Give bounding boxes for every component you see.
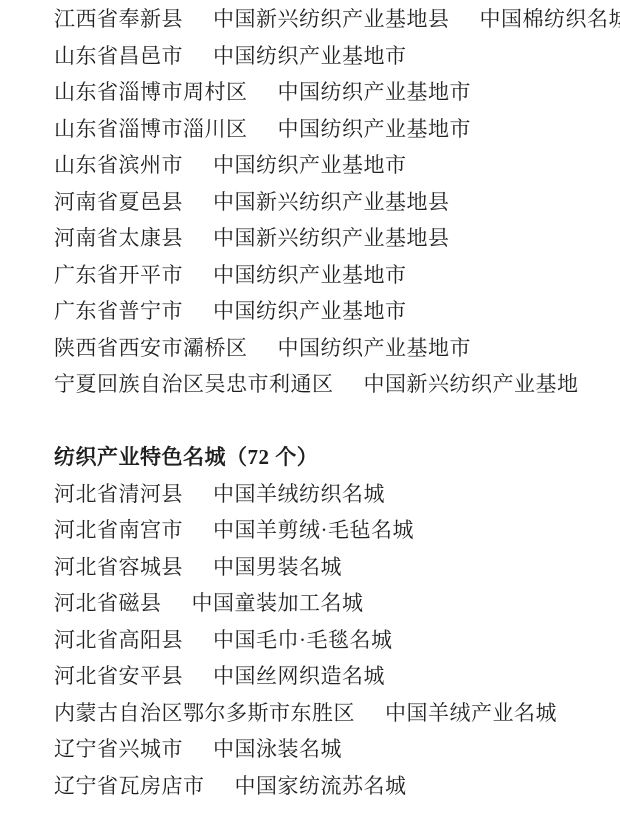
section-heading: 纺织产业特色名城（72 个） <box>54 438 612 475</box>
region-name: 山东省滨州市 <box>54 149 183 179</box>
document-page: 江西省奉新县中国新兴纺织产业基地县中国棉纺织名城山东省昌邑市中国纺织产业基地市山… <box>0 0 620 818</box>
list-entry: 河北省南宫市中国羊剪绒·毛毡名城 <box>54 511 612 548</box>
designation-title: 中国新兴纺织产业基地县 <box>213 222 450 252</box>
designation-title: 中国纺织产业基地市 <box>278 332 472 362</box>
region-name: 山东省淄博市周村区 <box>54 76 248 106</box>
designation-title: 中国新兴纺织产业基地县 <box>213 186 450 216</box>
designation-title: 中国纺织产业基地市 <box>213 40 407 70</box>
list-entry: 辽宁省兴城市中国泳装名城 <box>54 730 612 767</box>
list-entry: 山东省淄博市周村区中国纺织产业基地市 <box>54 73 612 110</box>
list-entry: 河南省夏邑县中国新兴纺织产业基地县 <box>54 183 612 220</box>
designation-title: 中国家纺流苏名城 <box>235 770 407 800</box>
list-entry: 河北省安平县中国丝网织造名城 <box>54 657 612 694</box>
region-name: 河北省磁县 <box>54 587 162 617</box>
region-name: 辽宁省兴城市 <box>54 733 183 763</box>
designation-title: 中国羊剪绒·毛毡名城 <box>213 514 414 544</box>
feature-city-list: 河北省清河县中国羊绒纺织名城河北省南宫市中国羊剪绒·毛毡名城河北省容城县中国男装… <box>54 475 612 804</box>
designation-title: 中国泳装名城 <box>213 733 342 763</box>
list-entry: 陕西省西安市灞桥区中国纺织产业基地市 <box>54 329 612 366</box>
designation-title: 中国丝网织造名城 <box>213 660 385 690</box>
region-name: 河北省清河县 <box>54 478 183 508</box>
list-entry: 河北省高阳县中国毛巾·毛毯名城 <box>54 621 612 658</box>
region-name: 山东省昌邑市 <box>54 40 183 70</box>
region-name: 宁夏回族自治区吴忠市利通区 <box>54 368 334 398</box>
region-name: 辽宁省瓦房店市 <box>54 770 205 800</box>
designation-title: 中国男装名城 <box>213 551 342 581</box>
list-entry: 河北省磁县中国童装加工名城 <box>54 584 612 621</box>
list-entry: 江西省奉新县中国新兴纺织产业基地县中国棉纺织名城 <box>54 0 612 37</box>
region-name: 山东省淄博市淄川区 <box>54 113 248 143</box>
region-name: 河北省安平县 <box>54 660 183 690</box>
designation-title: 中国羊绒产业名城 <box>385 697 557 727</box>
designation-title: 中国羊绒纺织名城 <box>213 478 385 508</box>
base-city-list: 江西省奉新县中国新兴纺织产业基地县中国棉纺织名城山东省昌邑市中国纺织产业基地市山… <box>54 0 612 402</box>
list-entry: 广东省普宁市中国纺织产业基地市 <box>54 292 612 329</box>
designation-title: 中国纺织产业基地市 <box>213 149 407 179</box>
list-entry: 河北省容城县中国男装名城 <box>54 548 612 585</box>
region-name: 广东省普宁市 <box>54 295 183 325</box>
designation-title: 中国纺织产业基地市 <box>213 295 407 325</box>
blank-line <box>54 402 612 439</box>
designation-title: 中国棉纺织名城 <box>480 3 620 33</box>
list-entry: 辽宁省瓦房店市中国家纺流苏名城 <box>54 767 612 804</box>
designation-title: 中国童装加工名城 <box>192 587 364 617</box>
region-name: 河北省高阳县 <box>54 624 183 654</box>
region-name: 内蒙古自治区鄂尔多斯市东胜区 <box>54 697 355 727</box>
list-entry: 山东省昌邑市中国纺织产业基地市 <box>54 37 612 74</box>
list-entry: 河北省清河县中国羊绒纺织名城 <box>54 475 612 512</box>
designation-title: 中国毛巾·毛毯名城 <box>213 624 393 654</box>
region-name: 河南省太康县 <box>54 222 183 252</box>
list-entry: 河南省太康县中国新兴纺织产业基地县 <box>54 219 612 256</box>
region-name: 河北省容城县 <box>54 551 183 581</box>
designation-title: 中国纺织产业基地市 <box>213 259 407 289</box>
designation-title: 中国纺织产业基地市 <box>278 113 472 143</box>
list-entry: 山东省淄博市淄川区中国纺织产业基地市 <box>54 110 612 147</box>
list-entry: 内蒙古自治区鄂尔多斯市东胜区中国羊绒产业名城 <box>54 694 612 731</box>
list-entry: 广东省开平市中国纺织产业基地市 <box>54 256 612 293</box>
region-name: 江西省奉新县 <box>54 3 183 33</box>
designation-title: 中国新兴纺织产业基地 <box>364 368 579 398</box>
list-entry: 宁夏回族自治区吴忠市利通区中国新兴纺织产业基地 <box>54 365 612 402</box>
region-name: 广东省开平市 <box>54 259 183 289</box>
list-entry: 山东省滨州市中国纺织产业基地市 <box>54 146 612 183</box>
region-name: 陕西省西安市灞桥区 <box>54 332 248 362</box>
region-name: 河南省夏邑县 <box>54 186 183 216</box>
designation-title: 中国新兴纺织产业基地县 <box>213 3 450 33</box>
region-name: 河北省南宫市 <box>54 514 183 544</box>
designation-title: 中国纺织产业基地市 <box>278 76 472 106</box>
